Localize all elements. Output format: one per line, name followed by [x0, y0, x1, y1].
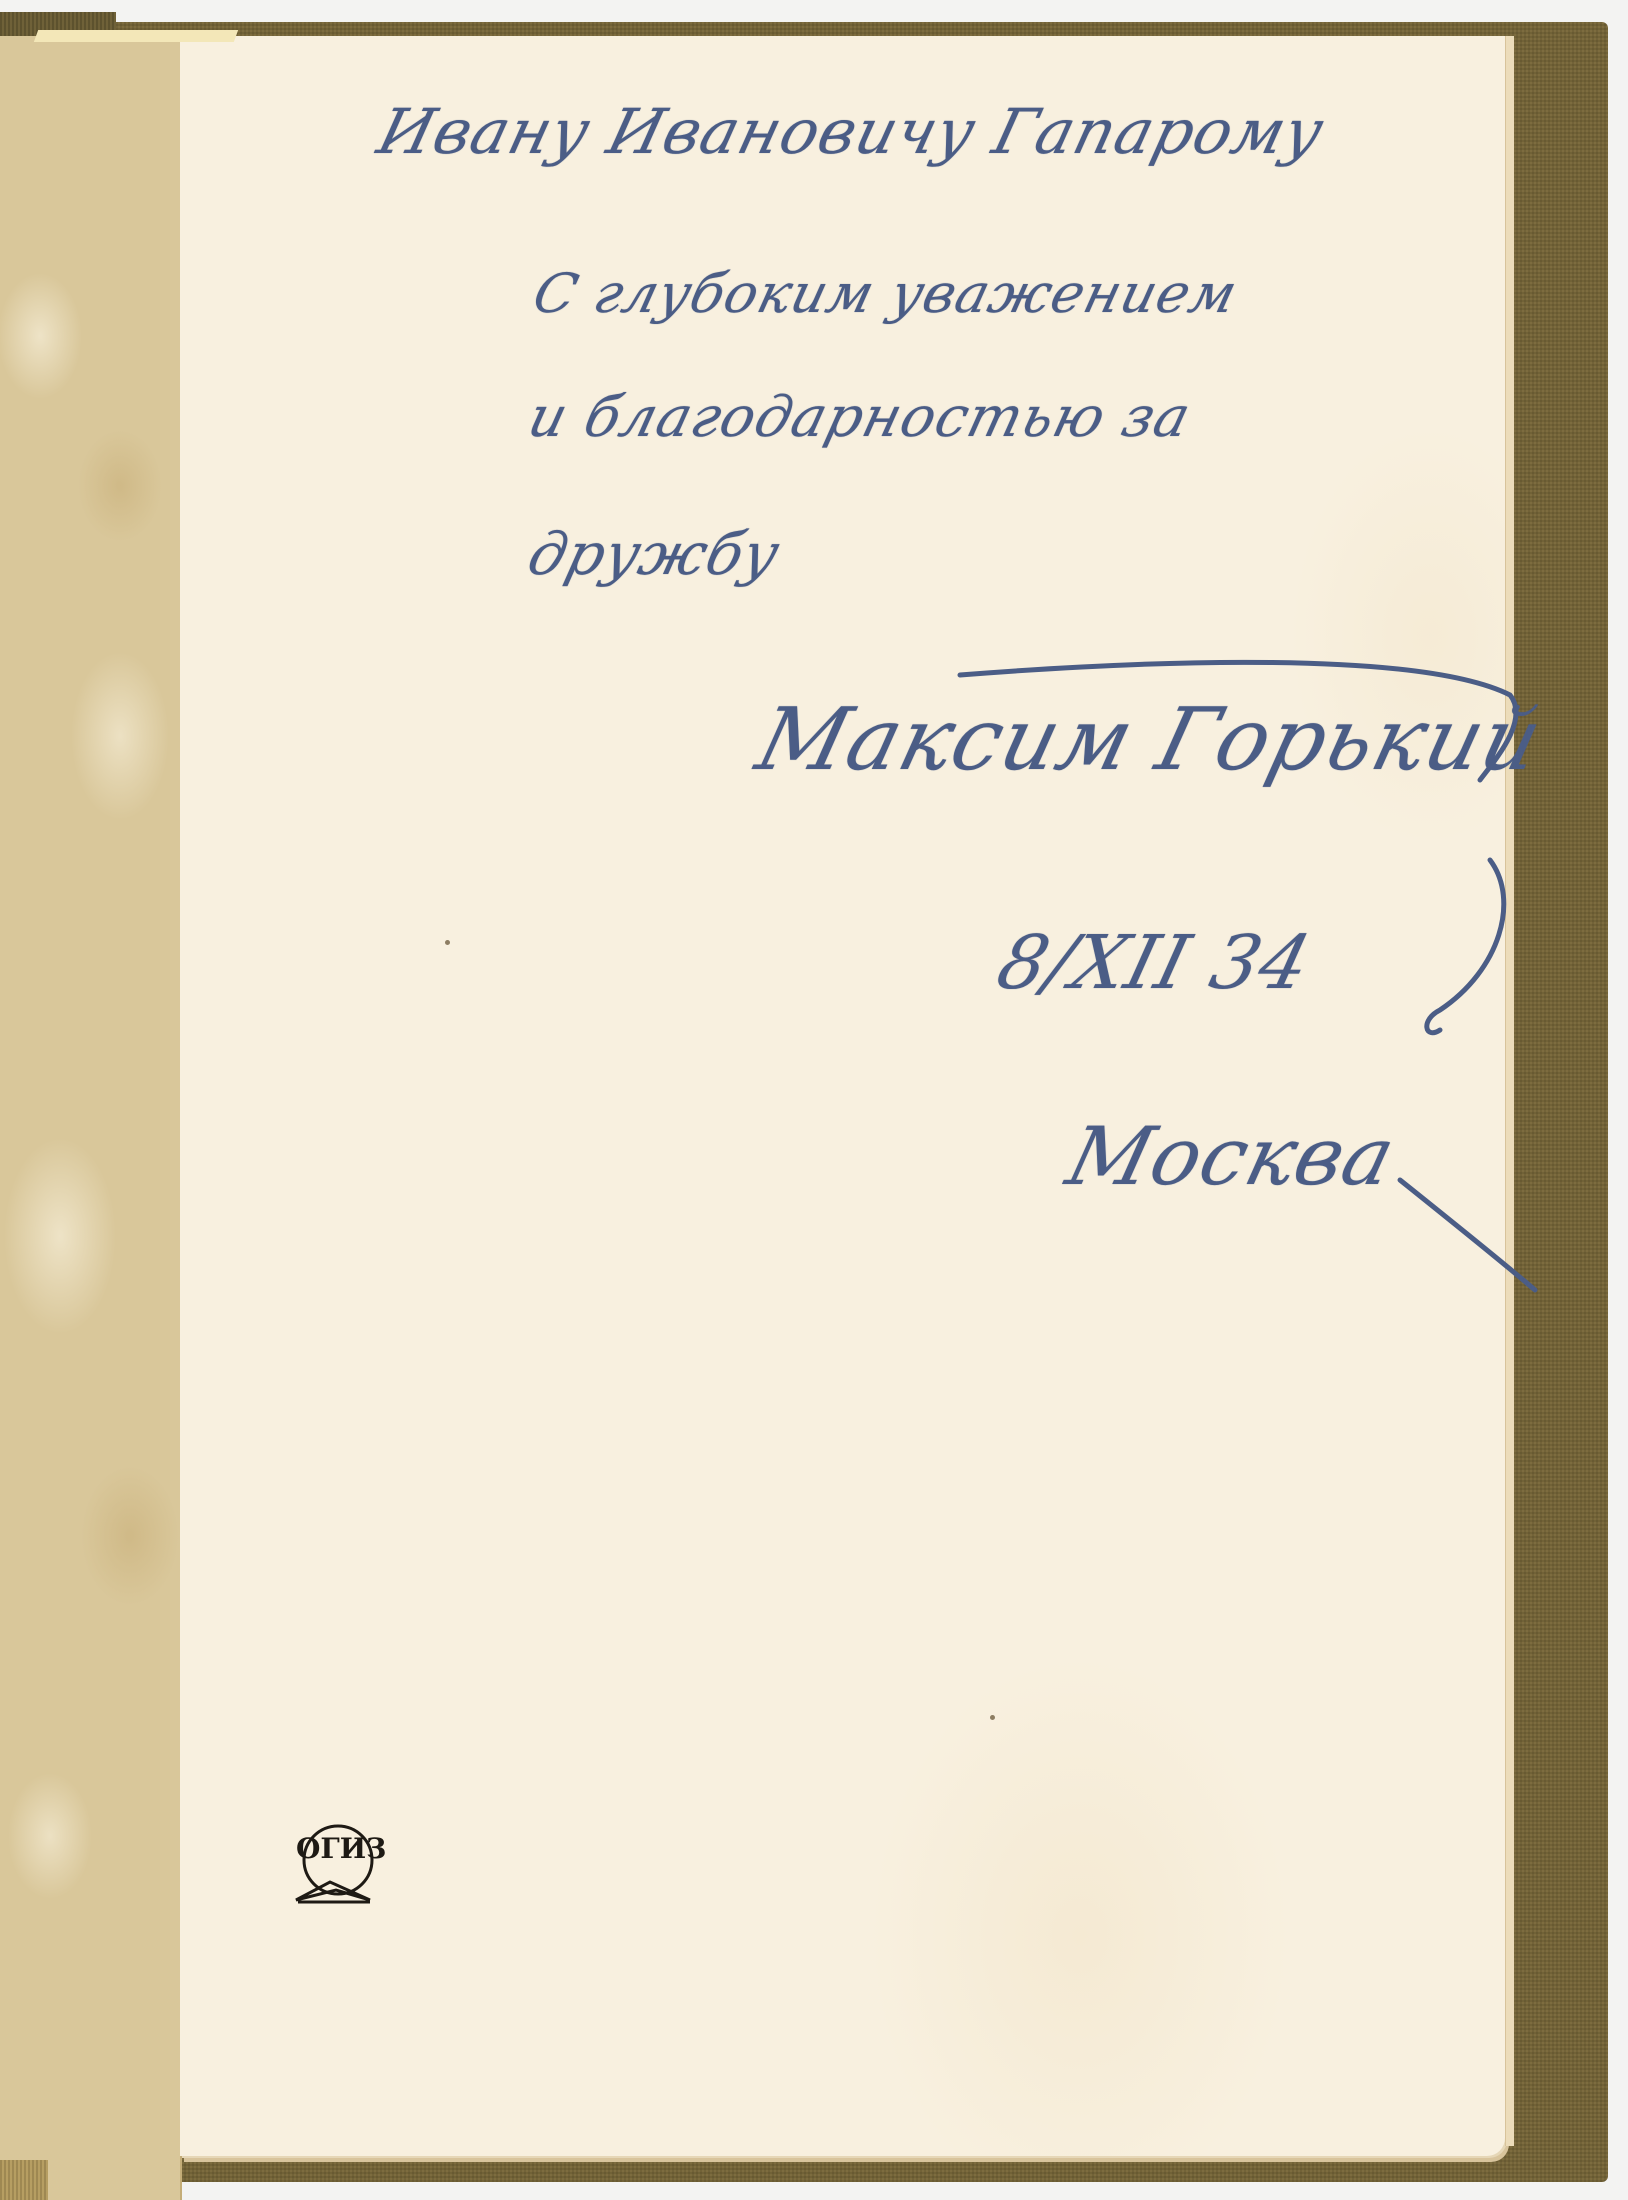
publisher-logo-icon: ОГИЗ	[290, 1820, 376, 1910]
book-photo: Ивану Ивановичу Гапарому С глубоким уваж…	[0, 0, 1628, 2200]
signature-flourish-icon	[0, 0, 1628, 2200]
publisher-monogram: ОГИЗ	[296, 1832, 370, 1865]
paper-speck	[445, 940, 450, 945]
paper-speck	[990, 1715, 995, 1720]
